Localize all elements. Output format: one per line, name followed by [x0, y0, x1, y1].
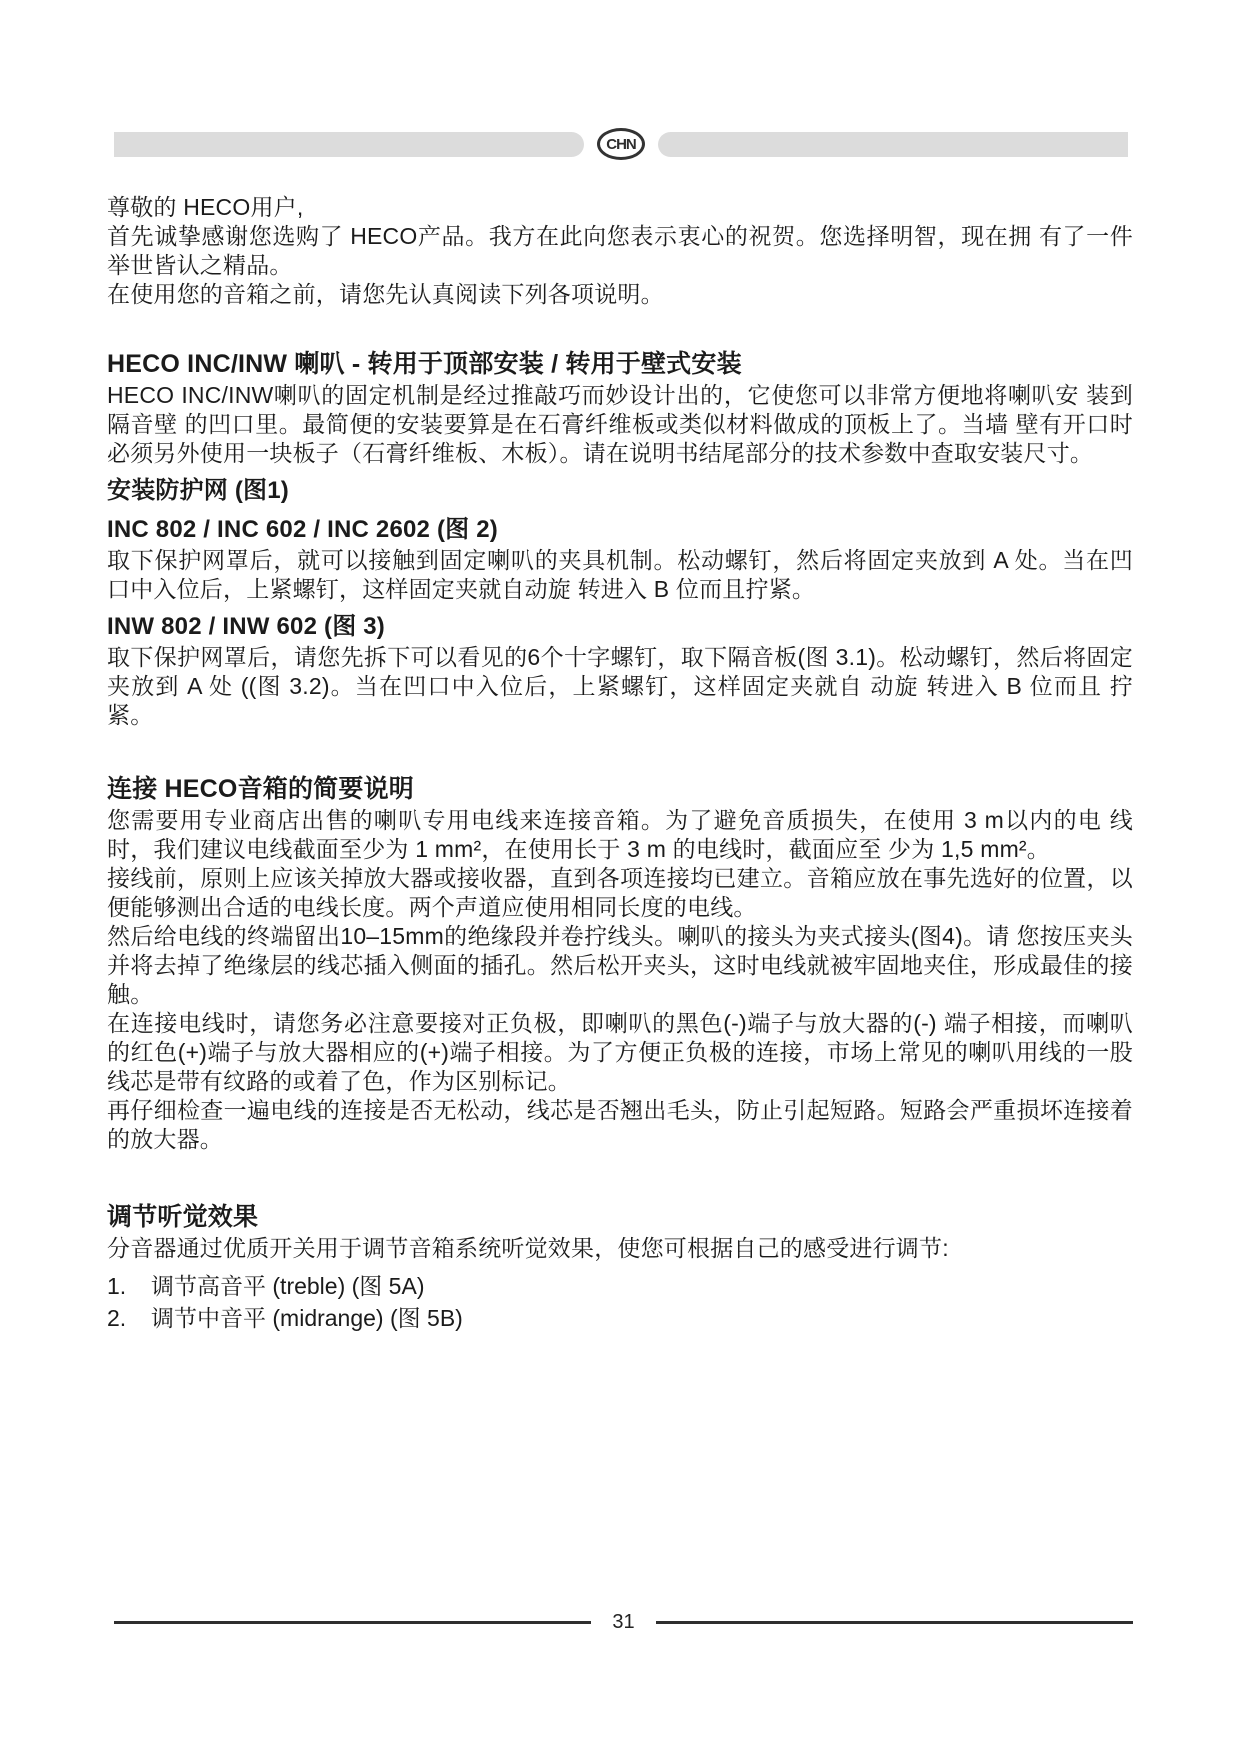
read-first-paragraph: 在使用您的音箱之前，请您先认真阅读下列各项说明。: [107, 280, 1133, 309]
page-number: 31: [591, 1611, 655, 1634]
inw-models-heading: INW 802 / INW 602 (图 3): [107, 611, 1133, 643]
inc-instructions-paragraph: 取下保护网罩后，就可以接触到固定喇叭的夹具机制。松动螺钉，然后将固定夹放到 A …: [107, 546, 1133, 604]
mounting-title: HECO INC/INW 喇叭 - 转用于顶部安装 / 转用于壁式安装: [107, 347, 1133, 381]
connection-paragraph-3: 然后给电线的终端留出10–15mm的绝缘段并卷拧线头。喇叭的接头为夹式接头(图4…: [107, 922, 1133, 1009]
manual-page: CHN 尊敬的 HECO用户, 首先诚挚感谢您选购了 HECO产品。我方在此向您…: [0, 0, 1241, 1754]
connection-paragraph-2: 接线前，原则上应该关掉放大器或接收器，直到各项连接均已建立。音箱应放在事先选好的…: [107, 864, 1133, 922]
header-rule-left: [114, 132, 584, 157]
mounting-section: HECO INC/INW 喇叭 - 转用于顶部安装 / 转用于壁式安装 HECO…: [107, 347, 1133, 730]
page-header: CHN: [114, 129, 1128, 159]
list-item: 1. 调节高音平 (treble) (图 5A): [107, 1270, 1133, 1302]
list-item-number: 1.: [107, 1270, 151, 1302]
page-footer: 31: [114, 1607, 1133, 1637]
salutation-text: 尊敬的 HECO用户,: [107, 193, 1133, 222]
footer-rule-right: [656, 1621, 1133, 1624]
page-content: 尊敬的 HECO用户, 首先诚挚感谢您选购了 HECO产品。我方在此向您表示衷心…: [107, 193, 1133, 1334]
connection-title: 连接 HECO音箱的简要说明: [107, 772, 1133, 806]
tuning-intro-paragraph: 分音器通过优质开关用于调节音箱系统听觉效果，使您可根据自己的感受进行调节:: [107, 1234, 1133, 1263]
connection-section: 连接 HECO音箱的简要说明 您需要用专业商店出售的喇叭专用电线来连接音箱。为了…: [107, 772, 1133, 1154]
connection-paragraph-5: 再仔细检查一遍电线的连接是否无松动，线芯是否翘出毛头，防止引起短路。短路会严重损…: [107, 1096, 1133, 1154]
thanks-paragraph: 首先诚挚感谢您选购了 HECO产品。我方在此向您表示衷心的祝贺。您选择明智，现在…: [107, 222, 1133, 280]
list-item: 2. 调节中音平 (midrange) (图 5B): [107, 1302, 1133, 1334]
tuning-section: 调节听觉效果 分音器通过优质开关用于调节音箱系统听觉效果，使您可根据自己的感受进…: [107, 1200, 1133, 1334]
tuning-list: 1. 调节高音平 (treble) (图 5A) 2. 调节中音平 (midra…: [107, 1270, 1133, 1334]
connection-paragraph-4: 在连接电线时，请您务必注意要接对正负极，即喇叭的黑色(-)端子与放大器的(-) …: [107, 1009, 1133, 1096]
grille-install-heading: 安装防护网 (图1): [107, 475, 1133, 507]
region-badge-label: CHN: [606, 136, 636, 153]
inw-instructions-paragraph: 取下保护网罩后，请您先拆下可以看见的6个十字螺钉，取下隔音板(图 3.1)。松动…: [107, 643, 1133, 730]
list-item-text: 调节中音平 (midrange) (图 5B): [151, 1302, 463, 1334]
mounting-intro-paragraph: HECO INC/INW喇叭的固定机制是经过推敲巧而妙设计出的，它使您可以非常方…: [107, 381, 1133, 468]
list-item-text: 调节高音平 (treble) (图 5A): [151, 1270, 424, 1302]
footer-rule-left: [114, 1621, 591, 1624]
header-rule-right: [658, 132, 1128, 157]
region-badge: CHN: [597, 128, 645, 160]
tuning-title: 调节听觉效果: [107, 1200, 1133, 1234]
list-item-number: 2.: [107, 1302, 151, 1334]
inc-models-heading: INC 802 / INC 602 / INC 2602 (图 2): [107, 514, 1133, 546]
connection-paragraph-1: 您需要用专业商店出售的喇叭专用电线来连接音箱。为了避免音质损失，在使用 3 m以…: [107, 806, 1133, 864]
